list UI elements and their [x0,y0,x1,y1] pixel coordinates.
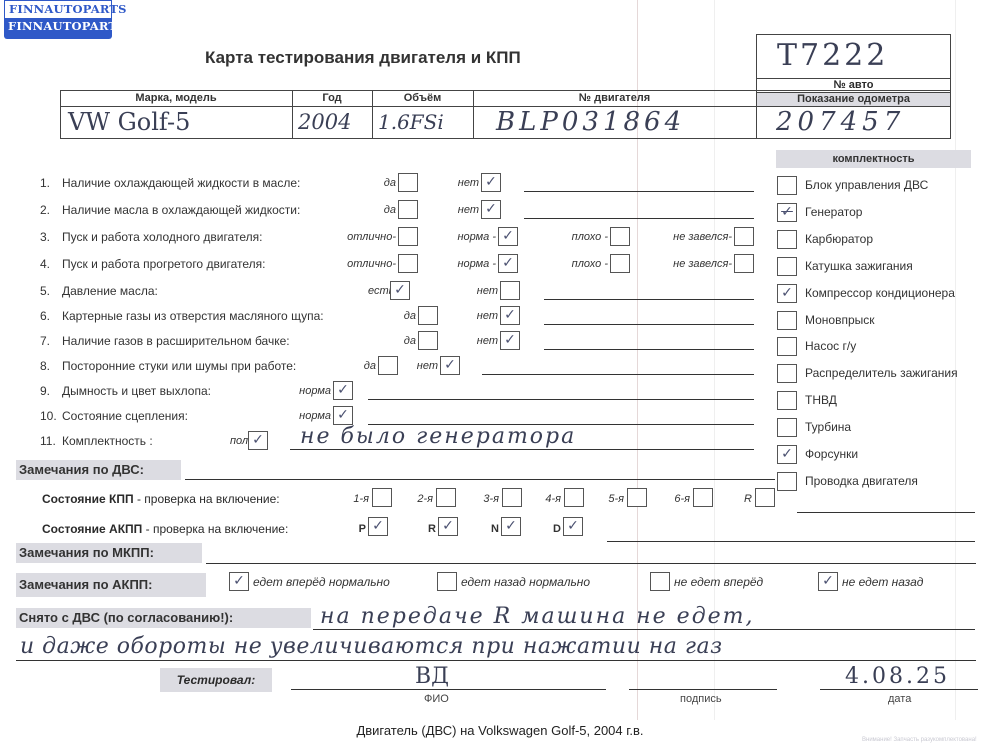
auto-position-checkbox[interactable]: ✓ [368,517,388,536]
gear-label: 6-я [658,490,690,508]
odometer-value: 207457 [770,106,951,138]
gear-label: 4-я [530,490,561,508]
checklist-option-checkbox[interactable]: ✓ [248,431,268,450]
checklist-option-checkbox[interactable] [418,331,438,350]
kit-item-checkbox[interactable] [777,472,797,491]
image-caption: Двигатель (ДВС) на Volkswagen Golf-5, 20… [0,723,1000,738]
signature-caption: подпись [680,693,722,705]
auto-gearbox-label-rest: - проверка на включение: [142,522,288,536]
manual-remarks-field[interactable] [206,563,976,564]
auto-gearbox-label-bold: Состояние АКПП [42,522,142,536]
checklist-option-label: нет [451,201,479,219]
auto-position-checkbox[interactable]: ✓ [563,517,583,536]
kit-item-label: Катушка зажигания [805,256,913,276]
checklist-option-label: да [398,332,416,350]
checklist-option-checkbox[interactable] [610,254,630,273]
checklist-note-field[interactable] [482,374,754,375]
manual-gearbox-label: Состояние КПП - проверка на включение: [42,490,280,508]
car-number-box: T7222 [756,34,951,79]
checklist-note-field[interactable] [524,218,754,219]
gear-label: R [730,490,752,508]
checklist-item-label: Состояние сцепления: [62,407,188,425]
checklist-option-label: норма [290,382,331,400]
auto-remarks-label: Замечания по АКПП: [16,573,206,597]
checklist-option-checkbox[interactable]: ✓ [498,227,518,246]
kit-item-checkbox[interactable] [777,337,797,356]
removed-text-line-1: на передаче R машина не едет, [320,604,970,629]
checklist-note-field[interactable] [544,324,754,325]
checklist-option-label: да [378,201,396,219]
kit-item-checkbox[interactable] [777,418,797,437]
kit-item-checkbox[interactable]: ✓ [777,203,797,222]
engine-no-header: № двигателя [473,90,756,106]
checklist-option-checkbox[interactable] [500,281,520,300]
checklist-item-label: Наличие охлаждающей жидкости в масле: [62,174,300,192]
checklist-option-label: норма - [451,255,496,273]
checklist-option-label: нет [408,357,438,375]
kit-item-checkbox[interactable] [777,364,797,383]
checklist-option-label: плохо - [530,228,608,246]
auto-position-label: D [540,520,561,538]
auto-remark-label: не едет вперёд [674,573,763,591]
checklist-note-field[interactable] [544,349,754,350]
gear-checkbox[interactable] [564,488,584,507]
auto-remark-checkbox[interactable]: ✓ [229,572,249,591]
engine-remarks-field[interactable] [185,479,775,480]
volume-value: 1.6FSi [372,106,473,138]
gear-checkbox[interactable] [436,488,456,507]
kit-item-checkbox[interactable] [777,391,797,410]
signature-field[interactable] [629,689,777,690]
checklist-note-field[interactable] [290,449,754,450]
kit-item-checkbox[interactable] [777,176,797,195]
car-number-value: T7222 [777,35,888,77]
gear-label: 2-я [400,490,433,508]
checklist-item-number: 4. [40,255,60,273]
checklist-option-label: не завелся- [657,228,732,246]
checklist-option-checkbox[interactable] [418,306,438,325]
checklist-option-checkbox[interactable]: ✓ [481,200,501,219]
tested-by-label: Тестировал: [160,668,272,692]
kit-item-label: ТНВД [805,390,837,410]
kit-item-label: Моновпрыск [805,310,875,330]
date-caption: дата [888,693,911,705]
gear-label: 5-я [594,490,624,508]
checklist-item-number: 5. [40,282,60,300]
checklist-option-checkbox[interactable] [610,227,630,246]
tested-by-name-field[interactable] [291,689,606,690]
auto-position-label: P [350,520,366,538]
checklist-item-label: Картерные газы из отверстия масляного щу… [62,307,324,325]
checklist-option-label: отлично- [332,228,396,246]
checklist-option-label: нет [470,332,498,350]
checklist-item-number: 7. [40,332,60,350]
checklist-item-label: Давление масла: [62,282,158,300]
manual-remarks-label: Замечания по МКПП: [16,543,202,563]
kit-item-checkbox[interactable]: ✓ [777,445,797,464]
checklist-option-checkbox[interactable] [398,173,418,192]
checklist-option-label: плохо - [530,255,608,273]
kit-item-label: Форсунки [805,444,858,464]
auto-gearbox-label: Состояние АКПП - проверка на включение: [42,520,288,538]
checklist-option-checkbox[interactable] [398,254,418,273]
checklist-note-value: не было генератора [300,424,576,449]
date-field[interactable] [820,689,978,690]
date-value: 4.08.25 [845,664,950,689]
name-caption: ФИО [424,693,449,705]
gear-checkbox[interactable] [693,488,713,507]
finnautoparts-logo: FINNAUTOPARTS FINNAUTOPARTS [4,0,112,39]
checklist-note-field[interactable] [524,191,754,192]
make-model-value: VW Golf-5 [62,106,290,138]
gear-checkbox[interactable] [755,488,775,507]
kit-item-label: Блок управления ДВС [805,175,928,195]
checklist-option-label: отлично- [332,255,396,273]
logo-line-1: FINNAUTOPARTS [4,0,112,18]
checklist-item-number: 1. [40,174,60,192]
checklist-note-field[interactable] [368,399,754,400]
auto-remark-checkbox[interactable] [437,572,457,591]
manual-gearbox-note-field[interactable] [797,512,975,513]
checklist-option-checkbox[interactable] [734,227,754,246]
removed-line-1 [313,629,975,630]
checklist-option-label: да [357,357,376,375]
checklist-item-label: Посторонние стуки или шумы при работе: [62,357,296,375]
gear-checkbox[interactable] [502,488,522,507]
checklist-option-checkbox[interactable]: ✓ [440,356,460,375]
checklist-option-label: полная [230,432,246,450]
auto-position-checkbox[interactable]: ✓ [438,517,458,536]
checklist-option-checkbox[interactable]: ✓ [498,254,518,273]
tested-by-name-value: ВД [415,664,449,689]
checklist-option-checkbox[interactable] [378,356,398,375]
removed-text-line-2: и даже обороты не увеличиваются при нажа… [20,634,980,659]
auto-remark-checkbox[interactable] [650,572,670,591]
auto-remark-label: не едет назад [842,573,923,591]
logo-line-2: FINNAUTOPARTS [8,18,108,35]
checklist-option-checkbox[interactable]: ✓ [481,173,501,192]
auto-remark-checkbox[interactable]: ✓ [818,572,838,591]
footer-watermark: Внимание! Запчасть разукомплектована! [862,737,977,743]
checklist-option-checkbox[interactable]: ✓ [500,306,520,325]
checklist-option-label: да [378,174,396,192]
auto-position-checkbox[interactable]: ✓ [501,517,521,536]
checklist-item-label: Пуск и работа холодного двигателя: [62,228,262,246]
kit-item-label: Насос г/у [805,336,856,356]
checklist-option-label: нет [451,174,479,192]
checklist-option-checkbox[interactable]: ✓ [333,406,353,425]
kit-item-checkbox[interactable] [777,257,797,276]
kit-item-checkbox[interactable]: ✓ [777,284,797,303]
kit-item-checkbox[interactable] [777,230,797,249]
auto-gearbox-note-field[interactable] [607,541,975,542]
checklist-option-checkbox[interactable]: ✓ [500,331,520,350]
kit-item-label: Компрессор кондиционера [805,283,955,303]
odometer-header: Показание одометра [756,93,951,106]
gear-label: 3-я [468,490,499,508]
checklist-option-label: да [398,307,416,325]
checklist-item-number: 6. [40,307,60,325]
checklist-option-checkbox[interactable] [398,200,418,219]
checklist-item-label: Дымность и цвет выхлопа: [62,382,211,400]
checklist-option-checkbox[interactable] [398,227,418,246]
year-value: 2004 [292,106,372,138]
checklist-item-number: 8. [40,357,60,375]
checklist-note-field[interactable] [544,299,754,300]
removed-line-2 [16,660,976,661]
manual-gearbox-label-rest: - проверка на включение: [134,492,280,506]
form-title: Карта тестирования двигателя и КПП [205,48,521,68]
checklist-option-checkbox[interactable]: ✓ [390,281,410,300]
volume-header: Объём [372,90,473,106]
checklist-option-label: не завелся- [657,255,732,273]
gear-label: 1-я [340,490,369,508]
checklist-item-number: 3. [40,228,60,246]
checklist-option-label: норма [290,407,331,425]
removed-label: Снято с ДВС (по согласованию!): [16,608,311,628]
kit-item-label: Проводка двигателя [805,471,918,491]
checklist-item-number: 10. [40,407,60,425]
kit-item-checkbox[interactable] [777,311,797,330]
engine-remarks-label: Замечания по ДВС: [16,460,181,480]
checklist-option-label: есть [368,282,388,300]
checklist-option-checkbox[interactable]: ✓ [333,381,353,400]
auto-position-label: N [480,520,499,538]
checklist-option-label: нет [470,307,498,325]
kit-item-label: Турбина [805,417,851,437]
checklist-item-number: 9. [40,382,60,400]
kit-item-label: Распределитель зажигания [805,363,958,383]
gear-checkbox[interactable] [372,488,392,507]
checklist-item-label: Наличие газов в расширительном бачке: [62,332,290,350]
checklist-item-number: 2. [40,201,60,219]
engine-no-value: BLP031864 [490,106,756,138]
auto-remark-label: едет вперёд нормально [253,573,390,591]
checklist-item-label: Пуск и работа прогретого двигателя: [62,255,266,273]
manual-gearbox-label-bold: Состояние КПП [42,492,134,506]
year-header: Год [292,90,372,106]
checklist-option-label: нет [470,282,498,300]
checklist-option-label: норма - [451,228,496,246]
checklist-option-checkbox[interactable] [734,254,754,273]
kit-header: комплектность [776,150,971,168]
auto-remark-label: едет назад нормально [461,573,590,591]
checklist-item-label: Комплектность : [62,432,153,450]
gear-checkbox[interactable] [627,488,647,507]
checklist-item-label: Наличие масла в охлаждающей жидкости: [62,201,300,219]
auto-position-label: R [415,520,436,538]
kit-item-label: Карбюратор [805,229,873,249]
kit-item-label: Генератор [805,202,862,222]
checklist-item-number: 11. [40,432,60,450]
make-model-header: Марка, модель [60,90,292,106]
